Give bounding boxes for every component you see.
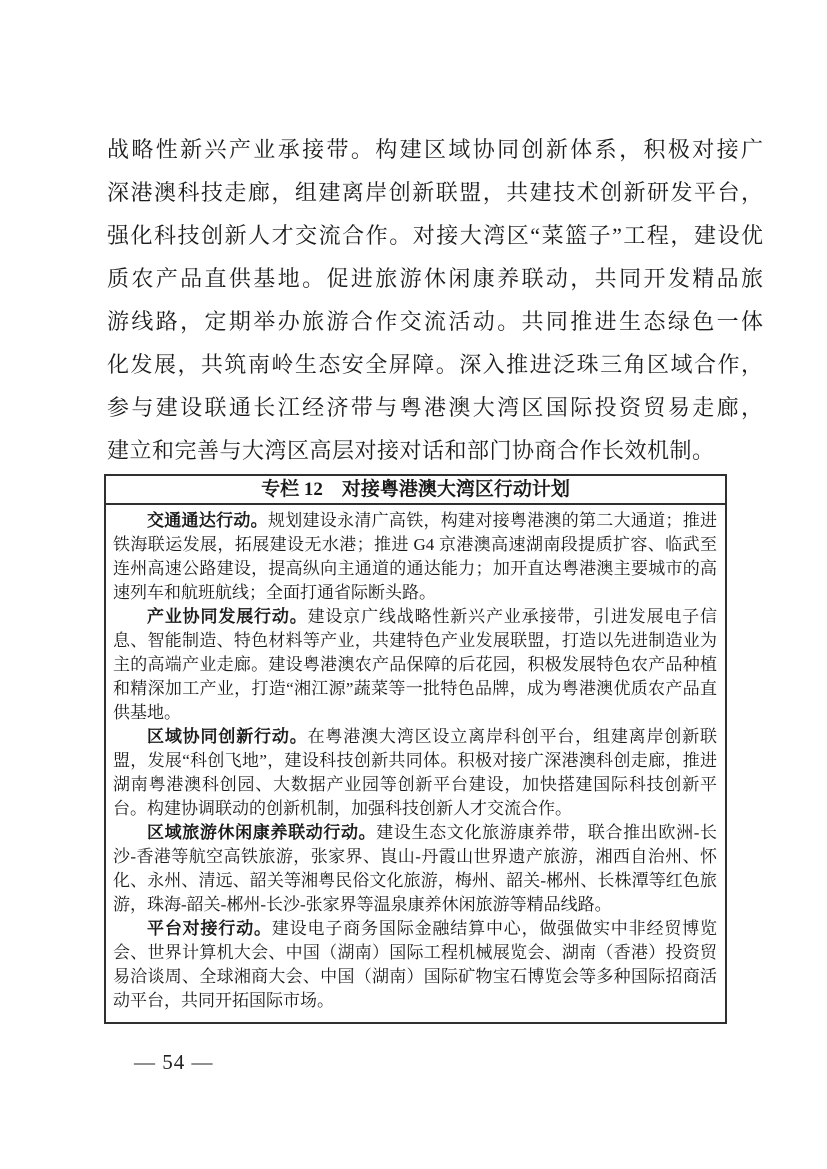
body-line: 战略性新兴产业承接带。构建区域协同创新体系，积极对接广 (107, 128, 763, 171)
body-line: 建立和完善与大湾区高层对接对话和部门协商合作长效机制。 (107, 429, 763, 472)
column-box-body: 交通通达行动。规划建设永清广高铁，构建对接粤港澳的第二大通道；推进铁海联运发展，… (106, 505, 725, 1022)
body-paragraph: 战略性新兴产业承接带。构建区域协同创新体系，积极对接广 深港澳科技走廊，组建离岸… (107, 128, 763, 472)
action-paragraph-platform: 平台对接行动。建设电子商务国际金融结算中心，做强做实中非经贸博览会、世界计算机大… (113, 917, 717, 1013)
body-line: 参与建设联通长江经济带与粤港澳大湾区国际投资贸易走廊， (107, 386, 763, 429)
column-box: 专栏 12 对接粤港澳大湾区行动计划 交通通达行动。规划建设永清广高铁，构建对接… (104, 474, 727, 1024)
action-paragraph-transport: 交通通达行动。规划建设永清广高铁，构建对接粤港澳的第二大通道；推进铁海联运发展，… (113, 509, 717, 605)
action-lead: 平台对接行动。 (147, 919, 272, 938)
body-line: 化发展，共筑南岭生态安全屏障。深入推进泛珠三角区域合作， (107, 343, 763, 386)
body-line: 质农产品直供基地。促进旅游休闲康养联动，共同开发精品旅 (107, 257, 763, 300)
action-lead: 交通通达行动。 (147, 511, 268, 530)
body-line: 游线路，定期举办旅游合作交流活动。共同推进生态绿色一体 (107, 300, 763, 343)
action-lead: 区域协同创新行动。 (147, 727, 308, 746)
action-paragraph-innovation: 区域协同创新行动。在粤港澳大湾区设立离岸科创平台，组建离岸创新联盟，发展“科创飞… (113, 725, 717, 821)
body-line: 强化科技创新人才交流合作。对接大湾区“菜篮子”工程，建设优 (107, 214, 763, 257)
action-paragraph-tourism: 区域旅游休闲康养联动行动。建设生态文化旅游康养带，联合推出欧洲-长沙-香港等航空… (113, 821, 717, 917)
action-lead: 区域旅游休闲康养联动行动。 (147, 823, 376, 842)
body-line: 深港澳科技走廊，组建离岸创新联盟，共建技术创新研发平台， (107, 171, 763, 214)
action-lead: 产业协同发展行动。 (147, 607, 308, 626)
page-number: — 54 — (134, 1050, 214, 1075)
document-page: 战略性新兴产业承接带。构建区域协同创新体系，积极对接广 深港澳科技走廊，组建离岸… (0, 0, 827, 1169)
action-paragraph-industry: 产业协同发展行动。建设京广线战略性新兴产业承接带，引进发展电子信息、智能制造、特… (113, 605, 717, 725)
column-box-title: 专栏 12 对接粤港澳大湾区行动计划 (106, 476, 725, 505)
